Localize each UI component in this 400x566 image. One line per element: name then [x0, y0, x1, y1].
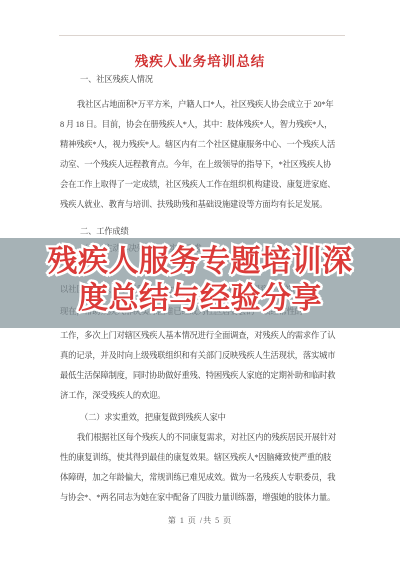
watermark-title-line-2: 度总结与经验分享: [0, 282, 400, 316]
header-rule: [59, 35, 345, 36]
watermark-title-line-1: 残疾人服务专题培训深: [0, 245, 400, 279]
section-subheading-2: （二）求实重效，把康复做到残疾人家中: [80, 412, 226, 424]
document-title: 残疾人业务培训总结: [0, 50, 400, 70]
body-line: 济工作，深受残疾人的欢迎。: [60, 390, 165, 402]
body-line: 会在工作上取得了一定成绩，社区残疾人工作在组织机构建设、康复进家庭、: [60, 179, 335, 191]
document-page: 残疾人业务培训总结 一、社区残疾人情况 我社区占地面积*万平方米，户籍人口*人，…: [0, 0, 400, 566]
section-heading-2: 二、工作成绩: [80, 226, 129, 238]
page-number: 第 1 页 /共 5 页: [0, 515, 400, 526]
body-line: 我社区占地面积*万平方米，户籍人口*人，社区残疾人协会成立于 20*年: [77, 99, 333, 111]
body-line: 动室、一个残疾人远程教育点。今年，在上级领导的指导下，*社区残疾人协: [60, 159, 331, 171]
body-line: 性的康复训练，使其得到最佳的康复效果。辖区残疾人*因脑瘫致使严重的肢: [60, 452, 331, 464]
section-heading-1: 一、社区残疾人情况: [80, 74, 153, 86]
body-line: 精神残疾*人，视力残疾*人。辖区内有二个社区健康服务中心、一个残疾人活: [60, 139, 335, 151]
body-line: 真的记录，并及时向上级残联组织和有关部门反映残疾人生活现状，落实城市: [60, 350, 335, 362]
body-line: 与协会*、*两名同志为她在家中配备了四肢力量训练器，增强她的肢体力量。: [60, 492, 335, 504]
body-line: 体障碍，加之年龄偏大，常规训练已难见成效。做为一名残疾人专职委员，我: [60, 472, 335, 484]
body-line: 8 月 18 日。目前，协会在册残疾人*人，其中：肢体残疾*人，智力残疾*人，: [60, 119, 332, 131]
watermark-band: （一）主动解决残疾人的实际困难 以社区为平台，变“要我服务”为“我要服务”，使残…: [0, 238, 400, 328]
body-line: 工作，多次上门对辖区残疾人基本情况进行全面调查，对残疾人的需求作了认: [60, 330, 335, 342]
body-line: 我们根据社区每个残疾人的不同康复需求，对社区内的残疾居民开展针对: [77, 432, 336, 444]
body-line: 残疾人就业、教育与培训、扶残助残和基础设施建设等方面均有长足发展。: [60, 199, 327, 211]
body-line: 最低生活保障制度，同时协助做好重残、特困残疾人家庭的定期补助和临时救: [60, 370, 335, 382]
